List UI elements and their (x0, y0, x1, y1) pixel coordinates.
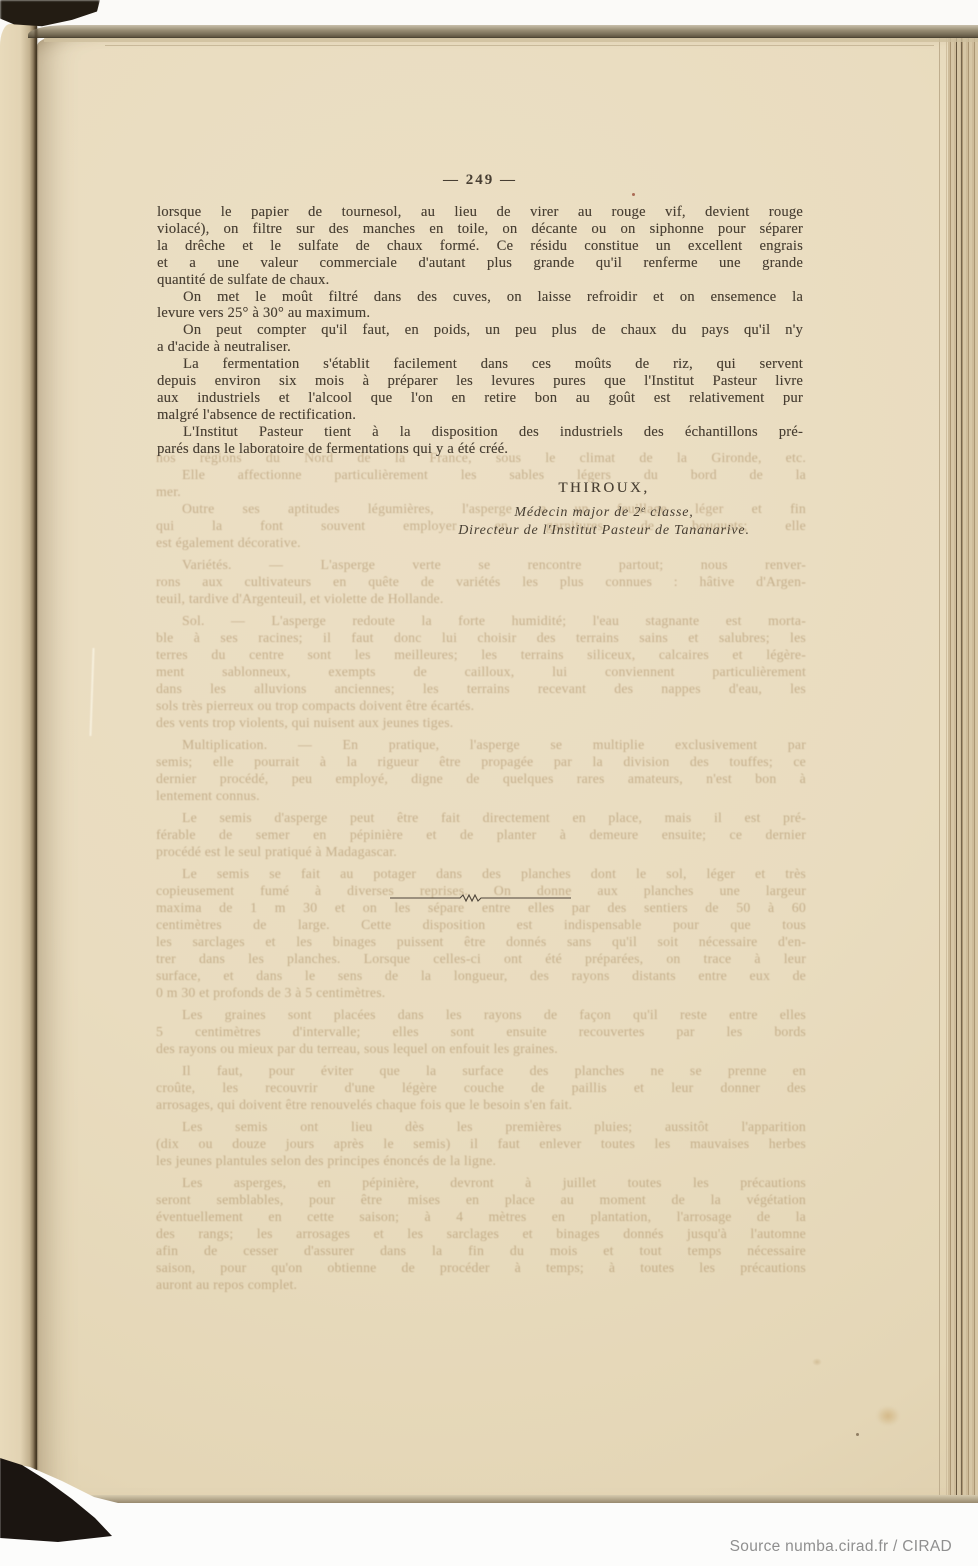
signature-role: Médecin major de 2e classe, (384, 501, 824, 522)
page-gutter (34, 26, 38, 1478)
foxing-spot (812, 1358, 822, 1366)
bleedthrough-line: des rangs; les arrosages et les sarclage… (156, 1225, 806, 1242)
text-line: lorsque le papier de tournesol, au lieu … (157, 204, 803, 221)
page-side-edges (948, 32, 978, 1502)
bleedthrough-line: éventuellement en cette saison; à 4 mètr… (156, 1208, 806, 1225)
bleedthrough-line: des vents trop violents, qui nuisent aux… (156, 714, 806, 731)
bleedthrough-line: teuil, tardive d'Argenteuil, et violette… (156, 590, 806, 607)
foxing-spot (876, 1406, 900, 1426)
bleedthrough-line: dans les alluvions anciennes; les terrai… (156, 680, 806, 697)
signature-name: THIROUX, (384, 479, 824, 498)
bleedthrough-line: centimètres de large. Cette disposition … (156, 916, 806, 933)
bleedthrough-line: croûte, les recouvrir d'une légère couch… (156, 1079, 806, 1096)
text-line: et a une valeur commerciale d'autant plu… (157, 255, 803, 272)
previous-page-edge (0, 24, 37, 1482)
dust-speck (744, 226, 746, 228)
bleedthrough-line: Variétés. — L'asperge verte se rencontre… (156, 556, 806, 573)
bleedthrough-line: surface, et dans le sens de la longueur,… (156, 967, 806, 984)
watermark-credit: Source numba.cirad.fr / CIRAD (730, 1538, 952, 1556)
text-line: depuis environ six mois à préparer les l… (157, 373, 803, 390)
text-line: levure vers 25° à 30° au maximum. (157, 305, 803, 322)
signature-role-text: Médecin major de 2 (514, 505, 641, 520)
text-line: violacé), on filtre sur des manches en t… (157, 221, 803, 238)
bleedthrough-line: saison, pour qu'on obtienne de procéder … (156, 1259, 806, 1276)
bleedthrough-line: seront semblables, pour être mises en pl… (156, 1191, 806, 1208)
text-line: a d'acide à neutraliser. (157, 339, 803, 356)
bleedthrough-line: terres du centre sont les meilleures; le… (156, 646, 806, 663)
bleedthrough-line: auront au repos complet. (156, 1276, 806, 1293)
bleedthrough-line: arrosages, qui doivent être renouvelés c… (156, 1096, 806, 1113)
bleedthrough-line: afin de cesser d'assurer dans la fin du … (156, 1242, 806, 1259)
bleedthrough-line: les jeunes plantules selon des principes… (156, 1152, 806, 1169)
bleedthrough-line: sols très pierreux ou trop compacts doiv… (156, 697, 806, 714)
text-line: On peut compter qu'il faut, en poids, un… (157, 322, 803, 339)
bleedthrough-line: Le semis d'asperge peut être fait direct… (156, 809, 806, 826)
bleedthrough-line: Le semis se fait au potager dans des pla… (156, 865, 806, 882)
bleedthrough-line: ble à ses racines; il faut donc lui choi… (156, 629, 806, 646)
text-line: parés dans le laboratoire de fermentatio… (157, 441, 803, 458)
bleedthrough-line: des rayons ou mieux par du terreau, sous… (156, 1040, 806, 1057)
bleedthrough-line: Les graines sont placées dans les rayons… (156, 1006, 806, 1023)
bleedthrough-text: nos régions du Nord de la France, sous l… (156, 449, 806, 1293)
bleedthrough-line: (dix ou douze jours après le semis) il f… (156, 1135, 806, 1152)
body-text: lorsque le papier de tournesol, au lieu … (157, 204, 803, 458)
bleedthrough-line: Il faut, pour éviter que la surface des … (156, 1062, 806, 1079)
signature-block: THIROUX, Médecin major de 2e classe, Dir… (384, 479, 824, 539)
bleedthrough-line: Multiplication. — En pratique, l'asperge… (156, 736, 806, 753)
page-top-inner-edge (105, 45, 934, 46)
bleedthrough-line: Sol. — L'asperge redoute la forte humidi… (156, 612, 806, 629)
signature-role-2: Directeur de l'Institut Pasteur de Tanan… (384, 522, 824, 540)
signature-role-text: classe, (646, 505, 694, 520)
dust-speck (856, 1433, 859, 1436)
page-number: — 249 — (157, 172, 803, 189)
bleedthrough-line: ment sablonneux, exempts de cailloux, lu… (156, 663, 806, 680)
page-top-edge (28, 25, 978, 38)
text-line: La fermentation s'établit facilement dan… (157, 356, 803, 373)
bleedthrough-line: trer dans les planches. Lorsque celles-c… (156, 950, 806, 967)
bleedthrough-line: les sarclages et les binages puissent êt… (156, 933, 806, 950)
page-bottom-edge (48, 1495, 978, 1503)
bleedthrough-line: dernier procédé, peu employé, digne de q… (156, 770, 806, 787)
text-line: L'Institut Pasteur tient à la dispositio… (157, 424, 803, 441)
bleedthrough-line: Les asperges, en pépinière, devront à ju… (156, 1174, 806, 1191)
dust-speck (632, 193, 635, 196)
bleedthrough-line: rons aux cultivateurs en quête de variét… (156, 573, 806, 590)
bleedthrough-line: 0 m 30 et profonds de 3 à 5 centimètres. (156, 984, 806, 1001)
text-line: On met le moût filtré dans des cuves, on… (157, 289, 803, 306)
bleedthrough-line: Les semis ont lieu dès les premières plu… (156, 1118, 806, 1135)
bleedthrough-line: semis; elle pourrait à la rigueur être p… (156, 753, 806, 770)
text-line: aux industriels et l'alcool que l'on en … (157, 390, 803, 407)
text-line: la drêche et le sulfate de chaux formé. … (157, 238, 803, 255)
text-line: quantité de sulfate de chaux. (157, 272, 803, 289)
bleedthrough-line: lentement connus. (156, 787, 806, 804)
bleedthrough-line: procédé est le seul pratiqué à Madagasca… (156, 843, 806, 860)
scanned-book-page: nos régions du Nord de la France, sous l… (0, 0, 978, 1566)
bleedthrough-line: férable de semer en pépinière et de plan… (156, 826, 806, 843)
page-right-edge-line (939, 36, 947, 1498)
text-line: malgré l'absence de rectification. (157, 407, 803, 424)
bleedthrough-line: 5 centimètres d'intervalle; elles sont e… (156, 1023, 806, 1040)
section-divider (390, 893, 571, 903)
page-top-edge-highlight (44, 38, 978, 42)
